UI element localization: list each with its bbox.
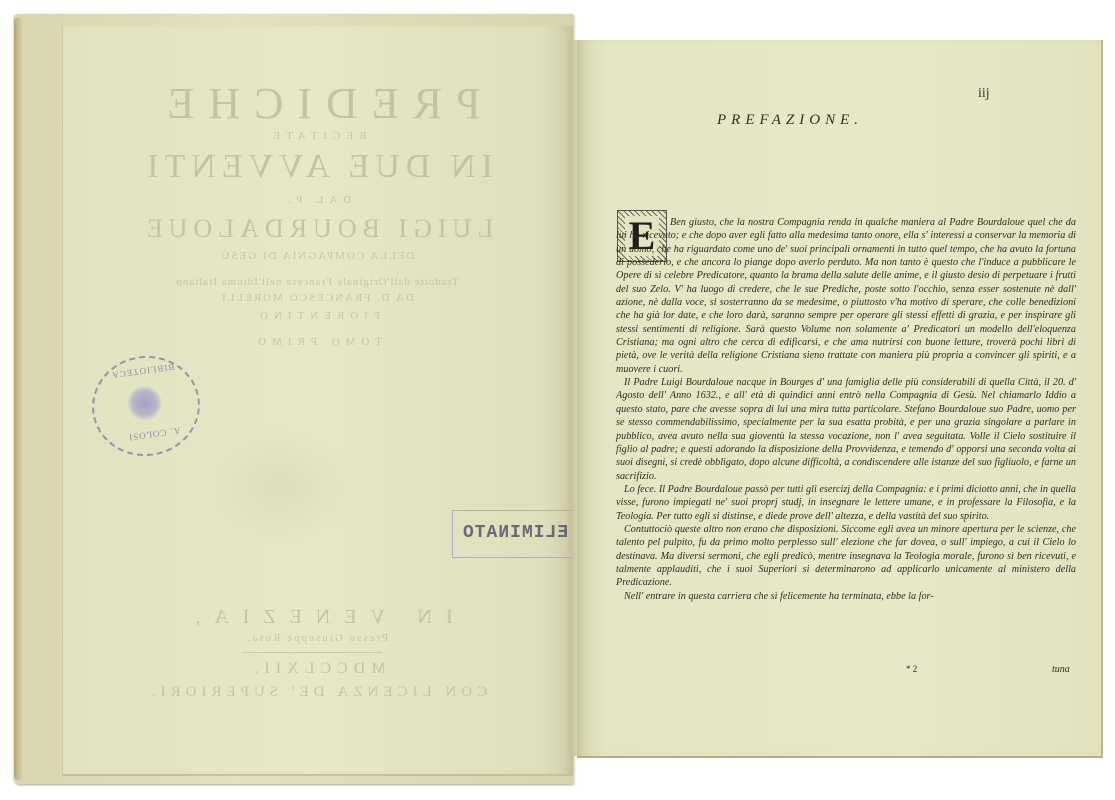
paragraph: Contuttociò queste altro non erano che d… <box>616 523 1076 590</box>
printer-emblem-icon <box>207 426 357 546</box>
ghost-title-line: Tradotte dall'Originale Francese nell'Id… <box>62 276 572 288</box>
page-heading: PREFAZIONE. <box>640 112 940 129</box>
ghost-imprint-printer: Presso Giuseppe Rosa. <box>62 632 572 644</box>
ghost-title-line: DAL P. <box>62 194 572 206</box>
eliminato-stamp-text: ELIMINATO <box>453 523 577 543</box>
page-number: iij <box>978 86 990 102</box>
cover-spine-edge <box>14 18 22 780</box>
ghost-imprint-year: MDCCLXII. <box>62 660 572 678</box>
ghost-title-line: RECITATE <box>62 130 572 142</box>
ghost-title-line: DA D. FRANCESCO MORELLI <box>62 292 572 304</box>
ghost-imprint-place: IN VENEZIA, <box>62 606 572 629</box>
stamp-top-text: BIBLIOTECA <box>111 362 175 381</box>
ghost-title-line: PREDICHE <box>62 78 572 129</box>
catchword: tuna <box>1052 664 1070 675</box>
ghost-imprint-license: CON LICENZA DE' SUPERIORI. <box>62 684 572 701</box>
paragraph: Nell' entrare in questa carriera che sì … <box>616 590 1076 603</box>
stamp-crest-icon <box>125 384 163 422</box>
ghost-rule-divider <box>242 652 382 653</box>
signature-mark: * 2 <box>906 664 917 674</box>
ghost-title-line: DELLA COMPAGNIA DI GESÙ <box>62 250 572 262</box>
ghost-author-line: LUIGI BOURDALOUE <box>62 214 572 244</box>
ghost-title-line: IN DUE AVVENTI <box>62 148 572 186</box>
paragraph: Ben giusto, che la nostra Compagnia rend… <box>616 216 1076 376</box>
paragraph: Il Padre Luigi Bourdaloue nacque in Bour… <box>616 376 1076 483</box>
ghost-title-line: TOMO PRIMO <box>62 336 572 348</box>
eliminato-stamp: ELIMINATO <box>452 510 578 558</box>
paragraph: Lo fece. Il Padre Bourdaloue passò per t… <box>616 483 1076 523</box>
stamp-bottom-text: A. COLOSI <box>128 426 181 443</box>
ghost-title-line: FIORENTINO <box>62 310 572 322</box>
preface-body: Ben giusto, che la nostra Compagnia rend… <box>616 216 1076 603</box>
